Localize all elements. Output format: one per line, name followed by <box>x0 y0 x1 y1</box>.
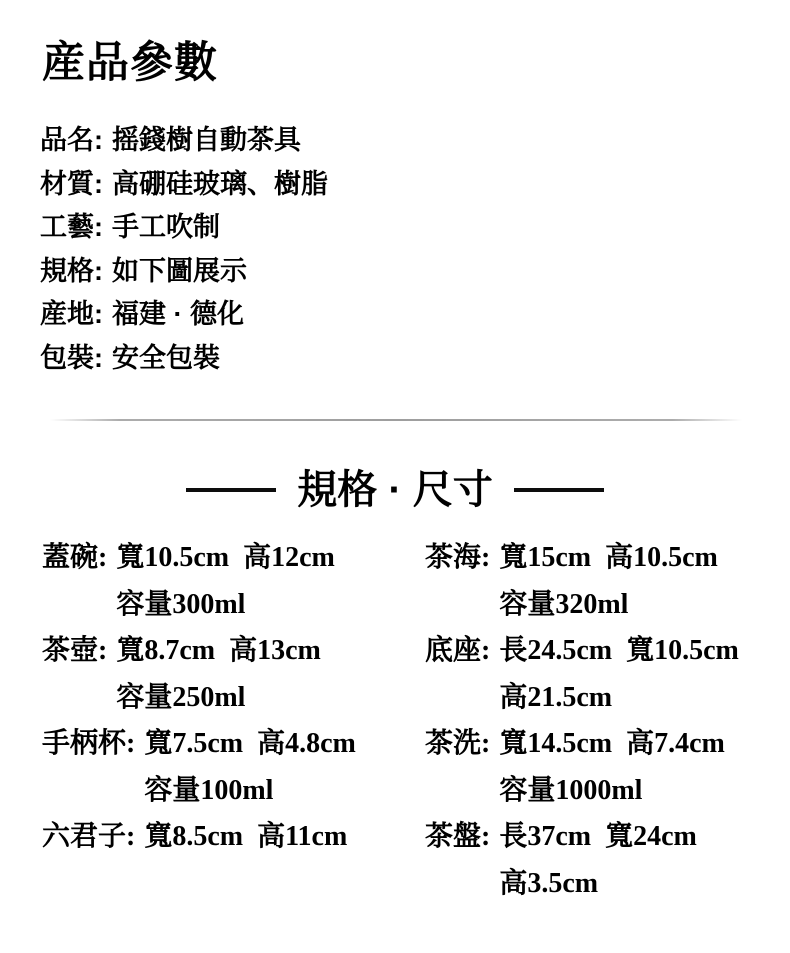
header-left-dash <box>186 488 276 492</box>
info-row-spec: 規格: 如下圖展示 <box>40 250 328 294</box>
info-value: 手工吹制 <box>112 206 220 250</box>
spec-values: 寬8.7cm 高13cm 容量250ml <box>116 628 321 721</box>
product-info-list: 品名: 摇錢樹自動茶具 材質: 高硼硅玻璃、樹脂 工藝: 手工吹制 規格: 如下… <box>40 119 328 380</box>
section-divider-line <box>50 419 742 421</box>
spec-values: 長37cm 寬24cm 高3.5cm <box>499 814 697 907</box>
spec-line: 寬10.5cm 高12cm <box>116 535 335 582</box>
info-row-craft: 工藝: 手工吹制 <box>40 206 328 250</box>
section-header: 規格 · 尺寸 <box>0 469 790 511</box>
info-value: 安全包裝 <box>112 337 220 381</box>
info-label: 産地: <box>40 293 103 337</box>
spec-line: 寬14.5cm 高7.4cm <box>499 721 725 768</box>
spec-item-teapot: 茶壺: 寬8.7cm 高13cm 容量250ml <box>42 628 356 721</box>
spec-item-tea-pitcher: 茶海: 寬15cm 高10.5cm 容量320ml <box>425 535 739 628</box>
spec-item-gaiwan: 蓋碗: 寬10.5cm 高12cm 容量300ml <box>42 535 356 628</box>
info-label: 包裝: <box>40 337 103 381</box>
spec-item-base: 底座: 長24.5cm 寬10.5cm 高21.5cm <box>425 628 739 721</box>
spec-line: 寬8.5cm 高11cm <box>144 814 347 861</box>
spec-line: 寬7.5cm 高4.8cm <box>144 721 356 768</box>
spec-item-tea-basin: 茶洗: 寬14.5cm 高7.4cm 容量1000ml <box>425 721 739 814</box>
info-label: 材質: <box>40 163 103 207</box>
spec-values: 寬7.5cm 高4.8cm 容量100ml <box>144 721 356 814</box>
spec-values: 寬10.5cm 高12cm 容量300ml <box>116 535 335 628</box>
spec-line: 長37cm 寬24cm <box>499 814 697 861</box>
spec-line: 高3.5cm <box>499 861 697 908</box>
spec-line: 容量300ml <box>116 582 335 629</box>
spec-item-handle-cup: 手柄杯: 寬7.5cm 高4.8cm 容量100ml <box>42 721 356 814</box>
section-title: 規格 · 尺寸 <box>297 469 493 511</box>
info-row-product-name: 品名: 摇錢樹自動茶具 <box>40 119 328 163</box>
spec-column-right: 茶海: 寬15cm 高10.5cm 容量320ml 底座: 長24.5cm 寬1… <box>425 535 739 907</box>
spec-line: 高21.5cm <box>499 675 739 722</box>
spec-label: 手柄杯: <box>42 721 135 768</box>
spec-label: 茶海: <box>425 535 490 582</box>
page-title: 産品參數 <box>42 40 218 87</box>
spec-values: 寬14.5cm 高7.4cm 容量1000ml <box>499 721 725 814</box>
spec-line: 長24.5cm 寬10.5cm <box>499 628 739 675</box>
spec-line: 容量250ml <box>116 675 321 722</box>
spec-line: 容量100ml <box>144 768 356 815</box>
spec-column-left: 蓋碗: 寬10.5cm 高12cm 容量300ml 茶壺: 寬8.7cm 高13… <box>42 535 356 861</box>
spec-values: 長24.5cm 寬10.5cm 高21.5cm <box>499 628 739 721</box>
spec-item-tea-tray: 茶盤: 長37cm 寬24cm 高3.5cm <box>425 814 739 907</box>
spec-line: 容量320ml <box>499 582 718 629</box>
info-value: 如下圖展示 <box>112 250 247 294</box>
spec-values: 寬15cm 高10.5cm 容量320ml <box>499 535 718 628</box>
spec-label: 茶洗: <box>425 721 490 768</box>
spec-label: 茶壺: <box>42 628 107 675</box>
spec-label: 茶盤: <box>425 814 490 861</box>
product-parameters-page: 産品參數 品名: 摇錢樹自動茶具 材質: 高硼硅玻璃、樹脂 工藝: 手工吹制 規… <box>0 0 790 953</box>
spec-label: 六君子: <box>42 814 135 861</box>
header-right-dash <box>514 488 604 492</box>
spec-line: 寬8.7cm 高13cm <box>116 628 321 675</box>
info-value: 摇錢樹自動茶具 <box>112 119 301 163</box>
spec-label: 底座: <box>425 628 490 675</box>
spec-label: 蓋碗: <box>42 535 107 582</box>
info-row-packaging: 包裝: 安全包裝 <box>40 337 328 381</box>
info-row-origin: 産地: 福建 · 德化 <box>40 293 328 337</box>
info-label: 品名: <box>40 119 103 163</box>
info-value: 福建 · 德化 <box>112 293 244 337</box>
spec-line: 寬15cm 高10.5cm <box>499 535 718 582</box>
spec-values: 寬8.5cm 高11cm <box>144 814 347 861</box>
spec-line: 容量1000ml <box>499 768 725 815</box>
info-row-material: 材質: 高硼硅玻璃、樹脂 <box>40 163 328 207</box>
info-value: 高硼硅玻璃、樹脂 <box>112 163 328 207</box>
info-label: 規格: <box>40 250 103 294</box>
spec-item-six-gentlemen: 六君子: 寬8.5cm 高11cm <box>42 814 356 861</box>
info-label: 工藝: <box>40 206 103 250</box>
